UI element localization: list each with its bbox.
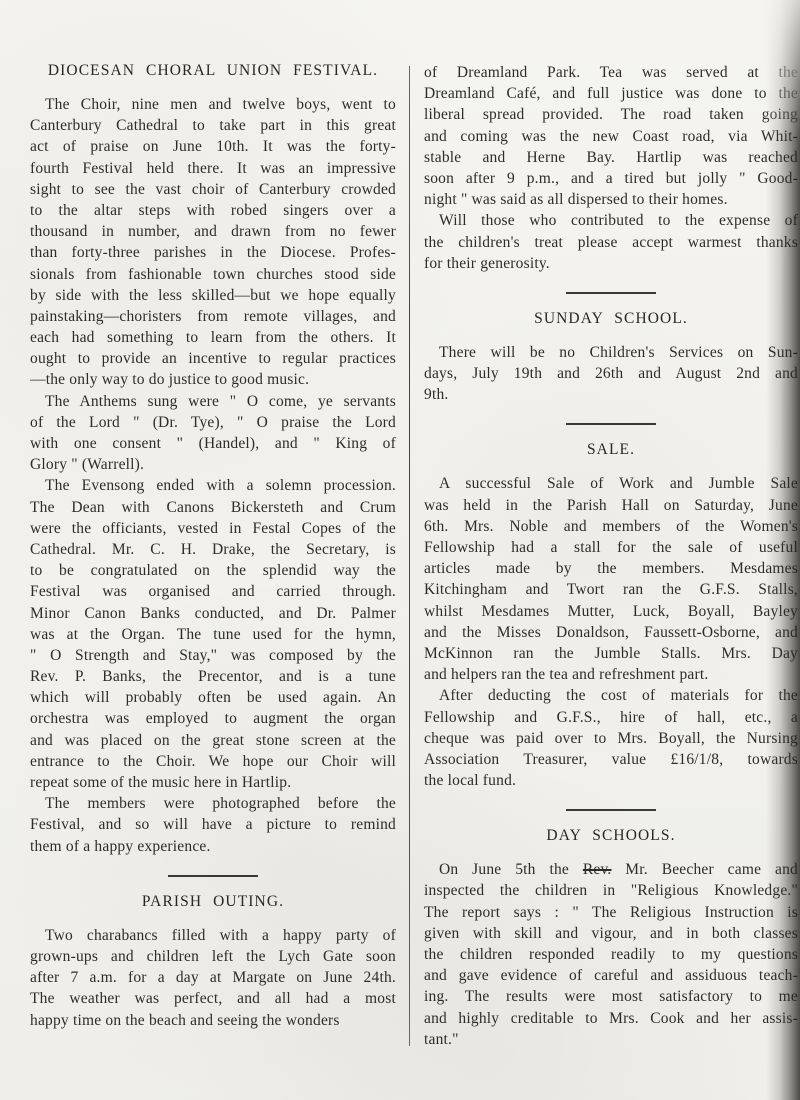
text-line: The Evensong ended with a solemn process… [30, 475, 396, 496]
text-line: painstaking—choristers from remote villa… [30, 306, 396, 327]
text-line: the local fund. [424, 770, 798, 791]
text-line: of the Lord " (Dr. Tye), " O praise the … [30, 412, 396, 433]
text-line: articles made by the members. Mesdames [424, 558, 798, 579]
section-heading: SUNDAY SCHOOL. [424, 310, 798, 328]
text-line: sionals from fashionable town churches s… [30, 264, 396, 285]
text-line: by side with the less skilled—but we hop… [30, 285, 396, 306]
text-line: Festival was organised and carried throu… [30, 581, 396, 602]
text-line: The report says : " The Religious Instru… [424, 902, 798, 923]
text-line: days, July 19th and 26th and August 2nd … [424, 363, 798, 384]
text-line: whilst Mesdames Mutter, Luck, Boyall, Ba… [424, 601, 798, 622]
text-line: of Dreamland Park. Tea was served at the [424, 62, 798, 83]
text-line: A successful Sale of Work and Jumble Sal… [424, 473, 798, 494]
text-line: liberal spread provided. The road taken … [424, 104, 798, 125]
text-line: " O Strength and Stay," was composed by … [30, 645, 396, 666]
text-line: Minor Canon Banks conducted, and Dr. Pal… [30, 603, 396, 624]
text-line: —the only way to do justice to good musi… [30, 369, 396, 390]
section-heading: PARISH OUTING. [30, 893, 396, 911]
paragraph: The Anthems sung were " O come, ye serva… [30, 391, 396, 476]
section-heading: DAY SCHOOLS. [424, 827, 798, 845]
right-column: of Dreamland Park. Tea was served at the… [424, 62, 798, 1050]
section-heading: SALE. [424, 441, 798, 459]
paragraph: A successful Sale of Work and Jumble Sal… [424, 473, 798, 685]
text-line: and the Misses Donaldson, Faussett-Osbor… [424, 622, 798, 643]
paragraph: The Choir, nine men and twelve boys, wen… [30, 94, 396, 391]
text-line: after 7 a.m. for a day at Margate on Jun… [30, 967, 396, 988]
section-rule [566, 423, 656, 425]
text-line: The Dean with Canons Bickersteth and Cru… [30, 497, 396, 518]
text-line: night " was said as all dispersed to the… [424, 189, 798, 210]
text-line: The weather was perfect, and all had a m… [30, 988, 396, 1009]
text-line: happy time on the beach and seeing the w… [30, 1010, 396, 1031]
text-line: Kitchingham and Twort ran the G.F.S. Sta… [424, 579, 798, 600]
left-column: DIOCESAN CHORAL UNION FESTIVAL.The Choir… [30, 62, 396, 1031]
text-line: the children responded readily to my que… [424, 944, 798, 965]
text-line: and coming was the new Coast road, via W… [424, 126, 798, 147]
text-line: Festival, and so will have a picture to … [30, 814, 396, 835]
paragraph: The Evensong ended with a solemn process… [30, 475, 396, 793]
text-line: and helpers ran the tea and refreshment … [424, 664, 798, 685]
text-line: soon after 9 p.m., and a tired but jolly… [424, 168, 798, 189]
text-line: than forty-three parishes in the Diocese… [30, 242, 396, 263]
text-line: There will be no Children's Services on … [424, 342, 798, 363]
text-line: Association Treasurer, value £16/1/8, to… [424, 749, 798, 770]
text-line: orchestra was employed to augment the or… [30, 708, 396, 729]
text-line: the children's treat please accept warme… [424, 232, 798, 253]
paragraph: On June 5th the Rev. Mr. Beecher came an… [424, 859, 798, 1050]
text-line: Cathedral. Mr. C. H. Drake, the Secretar… [30, 539, 396, 560]
text-line: with one consent " (Handel), and " King … [30, 433, 396, 454]
text-line: each had something to learn from the oth… [30, 327, 396, 348]
text-line: was held in the Parish Hall on Saturday,… [424, 495, 798, 516]
section-heading: DIOCESAN CHORAL UNION FESTIVAL. [30, 62, 396, 80]
text-line: inspected the children in "Religious Kno… [424, 880, 798, 901]
paragraph: The members were photographed before the… [30, 793, 396, 857]
text-line: tant." [424, 1029, 798, 1050]
text-line: to be congratulated on the splendid way … [30, 560, 396, 581]
text-line: The Anthems sung were " O come, ye serva… [30, 391, 396, 412]
text-line: Will those who contributed to the expens… [424, 210, 798, 231]
text-line: were the officiants, vested in Festal Co… [30, 518, 396, 539]
text-line: thousand in number, and drawn from no fe… [30, 221, 396, 242]
text-line: Glory " (Warrell). [30, 454, 396, 475]
text-line: Two charabancs filled with a happy party… [30, 925, 396, 946]
text-line: fourth Festival held there. It was an im… [30, 158, 396, 179]
column-divider [409, 66, 410, 1046]
text-line: On June 5th the Rev. Mr. Beecher came an… [424, 859, 798, 880]
text-line: Fellowship and G.F.S., hire of hall, etc… [424, 707, 798, 728]
text-line: 9th. [424, 384, 798, 405]
paragraph: After deducting the cost of materials fo… [424, 685, 798, 791]
text-line: McKinnon ran the Jumble Stalls. Mrs. Day [424, 643, 798, 664]
paragraph: Two charabancs filled with a happy party… [30, 925, 396, 1031]
text-line: and gave evidence of careful and assiduo… [424, 965, 798, 986]
text-line: and highly creditable to Mrs. Cook and h… [424, 1008, 798, 1029]
text-line: Fellowship had a stall for the sale of u… [424, 537, 798, 558]
text-line: After deducting the cost of materials fo… [424, 685, 798, 706]
text-line: for their generosity. [424, 253, 798, 274]
text-line: 6th. Mrs. Noble and members of the Women… [424, 516, 798, 537]
text-line: to the altar steps with robed singers ov… [30, 200, 396, 221]
text-line: them of a happy experience. [30, 836, 396, 857]
text-line: grown-ups and children left the Lych Gat… [30, 946, 396, 967]
text-line: entrance to the Choir. We hope our Choir… [30, 751, 396, 772]
section-rule [566, 292, 656, 294]
text-line: sight to see the vast choir of Canterbur… [30, 179, 396, 200]
text-line: The members were photographed before the [30, 793, 396, 814]
section-rule [168, 875, 258, 877]
text-line: ing. The results were most satisfactory … [424, 986, 798, 1007]
text-line: Dreamland Café, and full justice was don… [424, 83, 798, 104]
text-line: act of praise on June 10th. It was the f… [30, 136, 396, 157]
text-line: Canterbury Cathedral to take part in thi… [30, 115, 396, 136]
text-line: was at the Organ. The tune used for the … [30, 624, 396, 645]
magazine-page: DIOCESAN CHORAL UNION FESTIVAL.The Choir… [0, 0, 800, 1100]
text-line: Rev. P. Banks, the Precentor, and is a t… [30, 666, 396, 687]
paragraph: There will be no Children's Services on … [424, 342, 798, 406]
paragraph: Will those who contributed to the expens… [424, 210, 798, 274]
paragraph: of Dreamland Park. Tea was served at the… [424, 62, 798, 210]
text-line: cheque was paid over to Mrs. Boyall, the… [424, 728, 798, 749]
text-line: repeat some of the music here in Hartlip… [30, 772, 396, 793]
text-line: ought to provide an incentive to regular… [30, 348, 396, 369]
text-line: and was placed on the great stone screen… [30, 730, 396, 751]
text-line: which will probably often be used again.… [30, 687, 396, 708]
text-line: given with skill and vigour, and in both… [424, 923, 798, 944]
section-rule [566, 809, 656, 811]
text-line: stable and Herne Bay. Hartlip was reache… [424, 147, 798, 168]
text-line: The Choir, nine men and twelve boys, wen… [30, 94, 396, 115]
